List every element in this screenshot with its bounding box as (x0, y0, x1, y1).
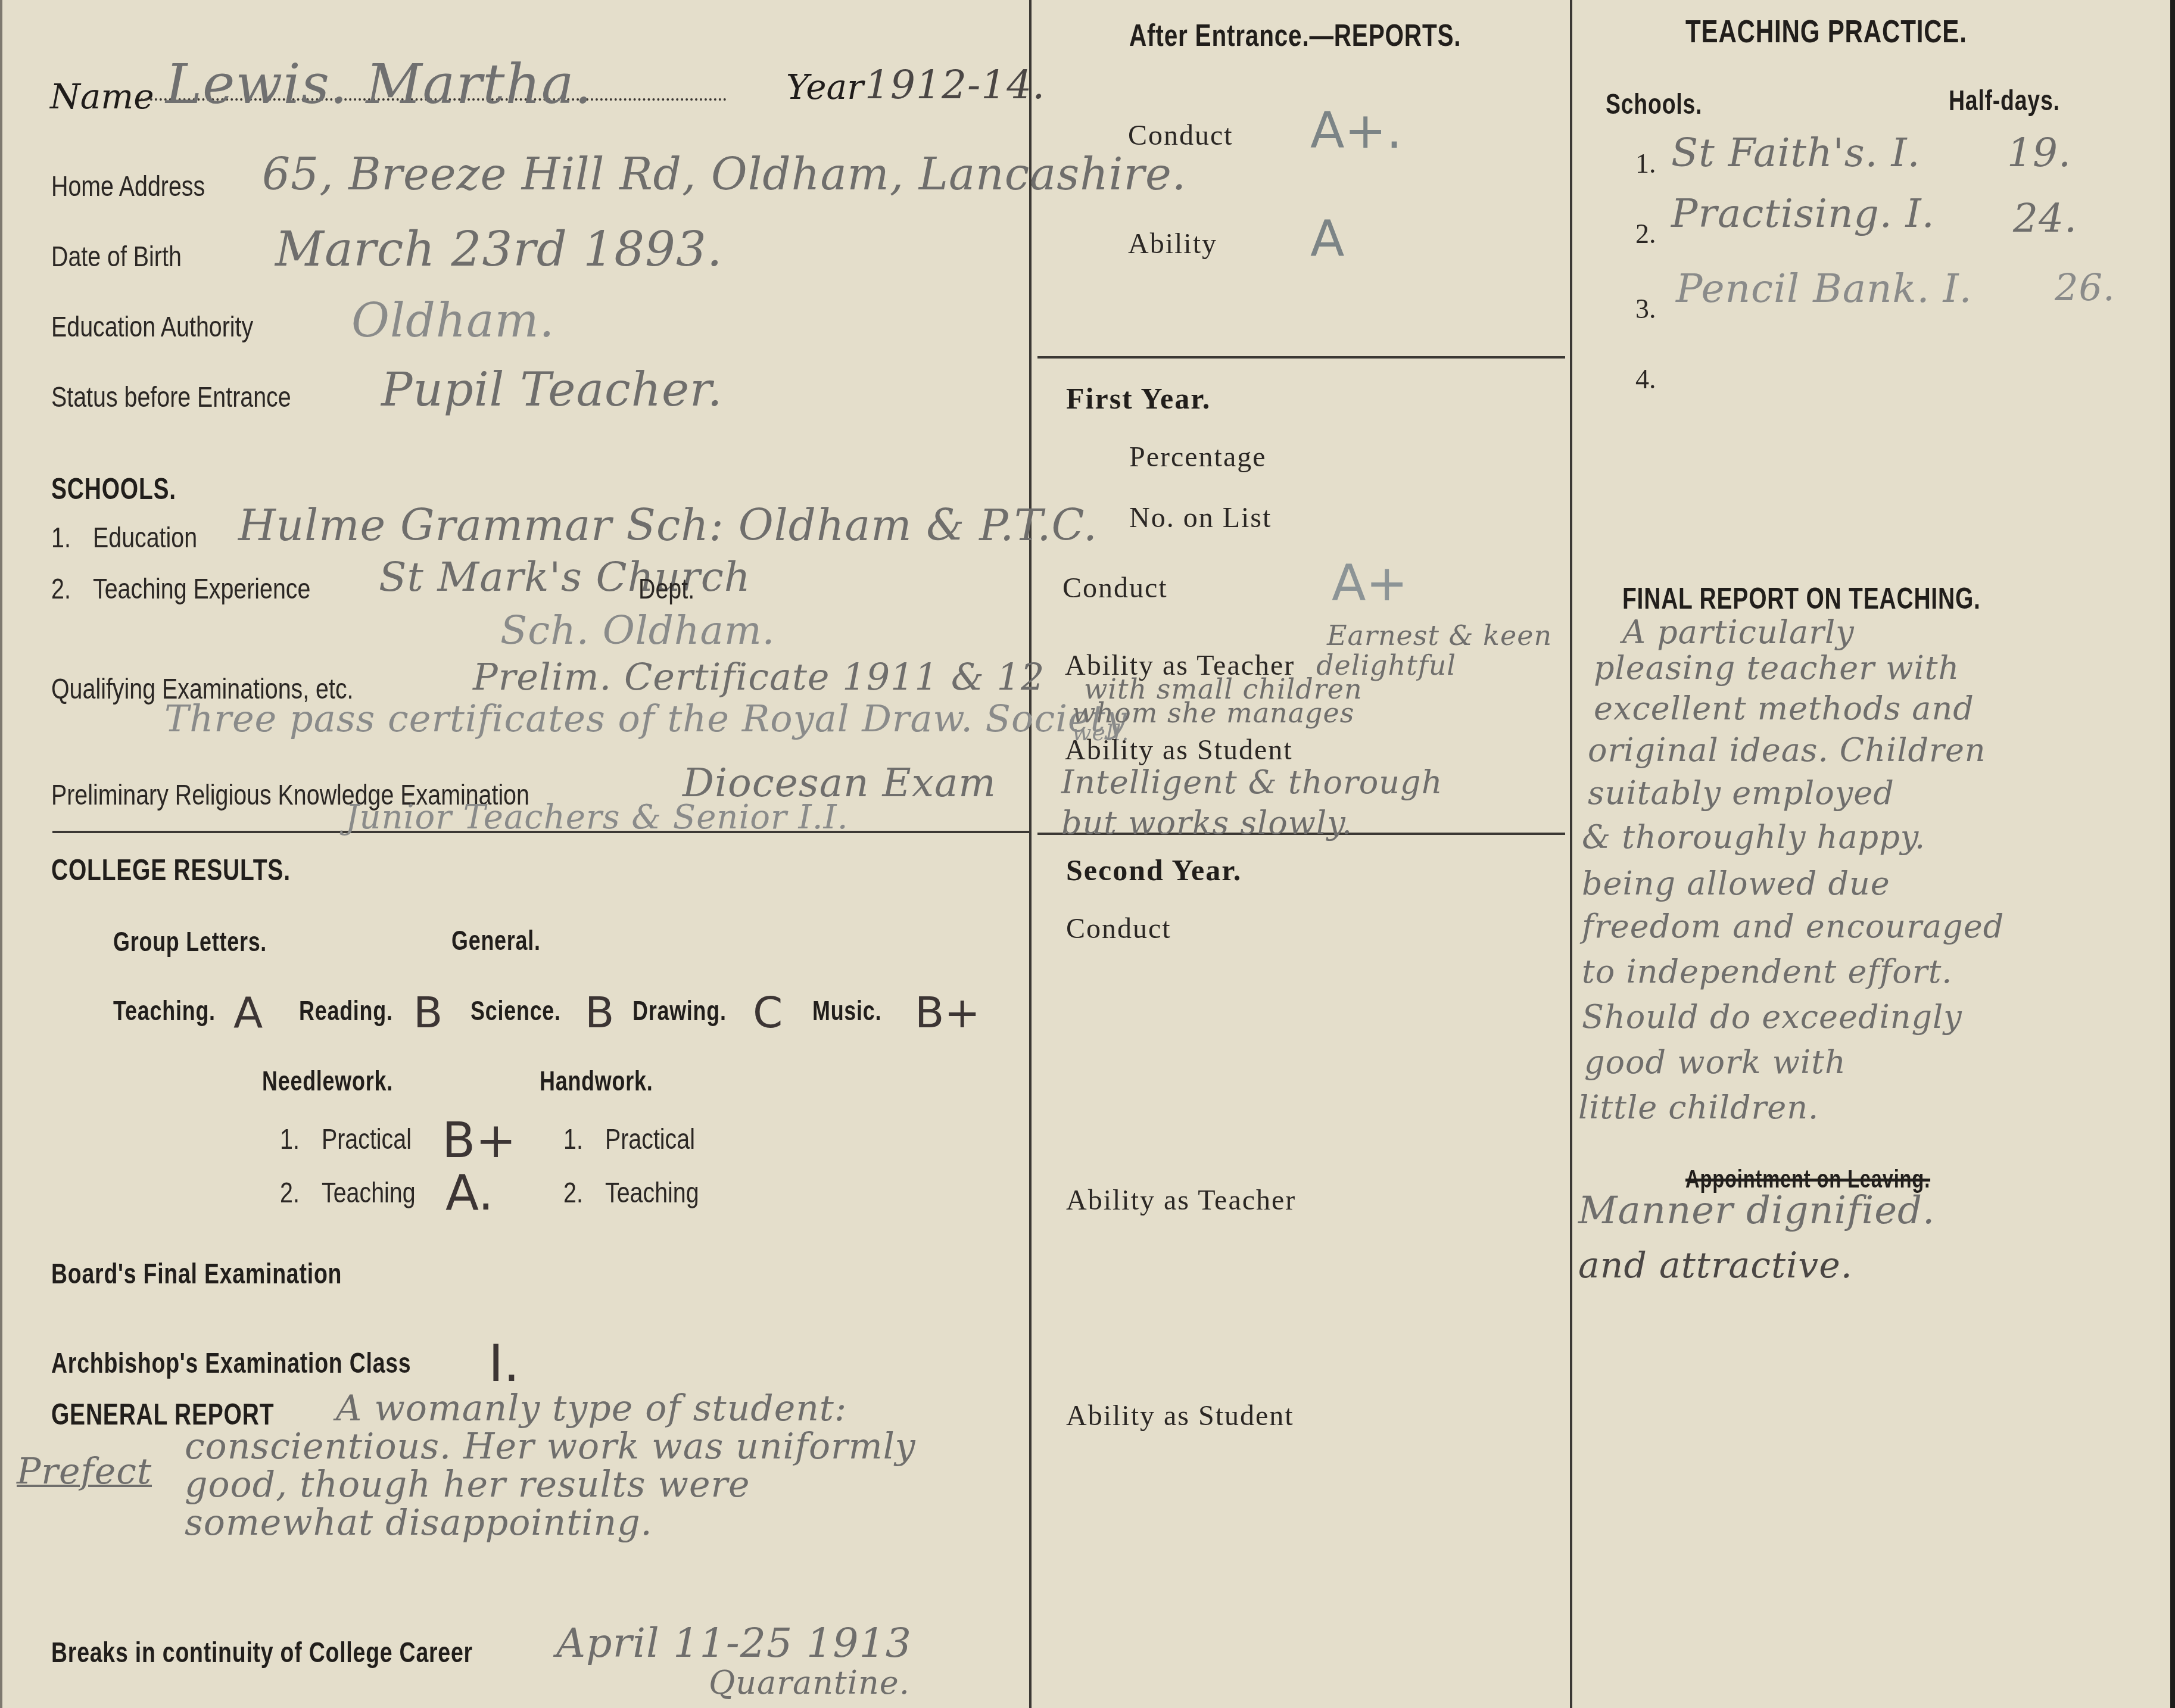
handwork-label: Handwork. (540, 1065, 653, 1097)
general-label: General. (451, 924, 541, 956)
education-num: 1. (51, 522, 71, 554)
breaks-value-2: Quarantine. (709, 1664, 910, 1701)
college-results-heading: COLLEGE RESULTS. (51, 853, 291, 887)
breaks-value-1: April 11-25 1913 (556, 1620, 912, 1667)
nw-teaching-num: 2. (280, 1177, 300, 1210)
qualifying-value-2: Three pass certificates of the Royal Dra… (164, 697, 1127, 740)
tp-row-1-school: St Faith's. I. (1671, 130, 1921, 176)
teaching-label: Teaching. (113, 995, 216, 1027)
final-report-line-3: excellent methods and (1594, 690, 1974, 727)
fy-conduct-label: Conduct (1062, 572, 1168, 604)
hw-practical-num: 1. (563, 1123, 583, 1156)
entrance-conduct-label: Conduct (1128, 119, 1233, 152)
tp-schools-column: Schools. (1606, 88, 1702, 121)
tp-row-3-num: 3. (1635, 293, 1656, 325)
education-label: Education (93, 522, 197, 554)
general-report-line-2: conscientious. Her work was uniformly (185, 1426, 916, 1467)
first-year-heading: First Year. (1066, 381, 1211, 416)
teaching-grade: A (233, 987, 263, 1037)
general-report-line-4: somewhat disappointing. (185, 1502, 653, 1544)
record-card: Name Lewis. Martha. Year 1912-14. Home A… (0, 0, 2175, 1708)
final-report-heading: FINAL REPORT ON TEACHING. (1622, 581, 1981, 616)
year-value: 1912-14. (865, 62, 1045, 108)
tp-row-2-halfdays: 24. (2013, 195, 2077, 241)
fy-student-label: Ability as Student (1065, 734, 1293, 766)
tp-halfdays-column: Half-days. (1949, 85, 2060, 117)
boards-final-label: Board's Final Examination (51, 1258, 342, 1291)
hw-practical-label: Practical (605, 1123, 695, 1156)
tp-row-2-num: 2. (1635, 218, 1656, 250)
fy-teacher-value-1: Earnest & keen (1327, 619, 1552, 652)
entrance-ability-label: Ability (1128, 227, 1217, 260)
year-label: Year (786, 67, 864, 107)
experience-value-1: St Mark's Church (379, 554, 751, 601)
general-report-line-3: good, though her results were (185, 1464, 750, 1506)
fy-conduct-value: A+ (1332, 554, 1408, 612)
final-report-line-7: being allowed due (1582, 865, 1890, 902)
experience-dept-label: Dept. (638, 573, 694, 606)
drawing-grade: C (753, 987, 783, 1037)
card-right-edge (2170, 0, 2175, 1708)
home-address-value: 65, Breeze Hill Rd, Oldham, Lancashire. (262, 149, 1186, 200)
education-authority-label: Education Authority (51, 311, 253, 344)
education-authority-value: Oldham. (351, 294, 554, 348)
drawing-label: Drawing. (632, 995, 727, 1027)
tp-row-2-school: Practising. I. (1671, 191, 1935, 236)
final-report-line-9: to independent effort. (1582, 953, 1953, 990)
hw-teaching-label: Teaching (605, 1177, 699, 1210)
sy-conduct-label: Conduct (1066, 912, 1171, 945)
final-report-line-10: Should do exceedingly (1582, 998, 1962, 1036)
experience-num: 2. (51, 573, 71, 606)
final-report-line-5: suitably employed (1588, 774, 1894, 812)
sy-student-label: Ability as Student (1066, 1400, 1294, 1432)
appointment-line-1: Manner dignified. (1578, 1189, 1935, 1233)
music-label: Music. (812, 995, 881, 1027)
religious-value-2: Junior Teachers & Senior I.I. (345, 798, 848, 837)
hw-teaching-num: 2. (563, 1177, 583, 1210)
dob-value: March 23rd 1893. (275, 222, 722, 277)
experience-label: Teaching Experience (93, 573, 310, 606)
experience-value-2: Sch. Oldham. (500, 607, 775, 653)
entrance-ability-value: A (1310, 210, 1344, 268)
sy-teacher-label: Ability as Teacher (1066, 1184, 1296, 1217)
rule-middle-first-year (1037, 356, 1565, 359)
dob-label: Date of Birth (51, 241, 182, 273)
final-report-line-1: A particularly (1622, 613, 1855, 651)
education-value: Hulme Grammar Sch: Oldham & P.T.C. (238, 500, 1098, 550)
science-grade: B (585, 987, 614, 1037)
fy-student-value-1: Intelligent & thorough (1061, 763, 1442, 801)
group-letters-label: Group Letters. (113, 925, 267, 958)
archbishop-label: Archbishop's Examination Class (51, 1347, 411, 1380)
final-report-line-2: pleasing teacher with (1594, 649, 1959, 687)
name-label: Name (50, 76, 154, 117)
tp-row-1-halfdays: 19. (2007, 130, 2071, 176)
final-report-line-4: original ideas. Children (1588, 731, 1986, 769)
appointment-line-2: and attractive. (1578, 1245, 1853, 1286)
needlework-label: Needlework. (262, 1065, 393, 1097)
tp-row-3-school: Pencil Bank. I. (1676, 266, 1973, 311)
home-address-label: Home Address (51, 170, 205, 203)
final-report-line-6: & thoroughly happy. (1582, 818, 1925, 856)
tp-row-4-num: 4. (1635, 363, 1656, 395)
fy-student-value-2: but works slowly. (1061, 804, 1353, 841)
teaching-practice-heading: TEACHING PRACTICE. (1685, 13, 1967, 50)
reading-grade: B (413, 987, 443, 1037)
final-report-line-12: little children. (1578, 1089, 1819, 1126)
archbishop-value: I. (488, 1334, 520, 1394)
final-report-line-11: good work with (1584, 1043, 1846, 1081)
column-divider-right (1570, 0, 1572, 1708)
second-year-heading: Second Year. (1066, 853, 1242, 887)
percentage-label: Percentage (1129, 441, 1267, 473)
nw-practical-label: Practical (322, 1123, 412, 1156)
column-divider-left (1029, 0, 1032, 1708)
nw-practical-grade: B+ (442, 1112, 516, 1169)
reports-heading: After Entrance.—REPORTS. (1129, 18, 1461, 54)
status-value: Pupil Teacher. (381, 363, 723, 417)
card-left-edge (0, 0, 2, 1708)
music-grade: B+ (915, 987, 980, 1037)
status-label: Status before Entrance (51, 381, 291, 414)
name-value: Lewis. Martha. (166, 52, 593, 116)
tp-row-3-halfdays: 26. (2055, 266, 2115, 309)
breaks-label: Breaks in continuity of College Career (51, 1637, 473, 1669)
schools-heading: SCHOOLS. (51, 472, 176, 506)
qualifying-value-1: Prelim. Certificate 1911 & 12 (473, 655, 1045, 699)
nw-teaching-label: Teaching (322, 1177, 416, 1210)
tp-row-1-num: 1. (1635, 148, 1656, 179)
reading-label: Reading. (299, 995, 393, 1027)
final-report-line-8: freedom and encouraged (1582, 908, 2004, 945)
prefect-margin-note: Prefect (17, 1451, 152, 1492)
entrance-conduct-value: A+. (1310, 101, 1403, 160)
no-on-list-label: No. on List (1129, 501, 1272, 534)
science-label: Science. (470, 995, 561, 1027)
general-report-line-1: A womanly type of student: (336, 1388, 847, 1429)
nw-practical-num: 1. (280, 1123, 300, 1156)
nw-teaching-grade: A. (445, 1165, 494, 1221)
